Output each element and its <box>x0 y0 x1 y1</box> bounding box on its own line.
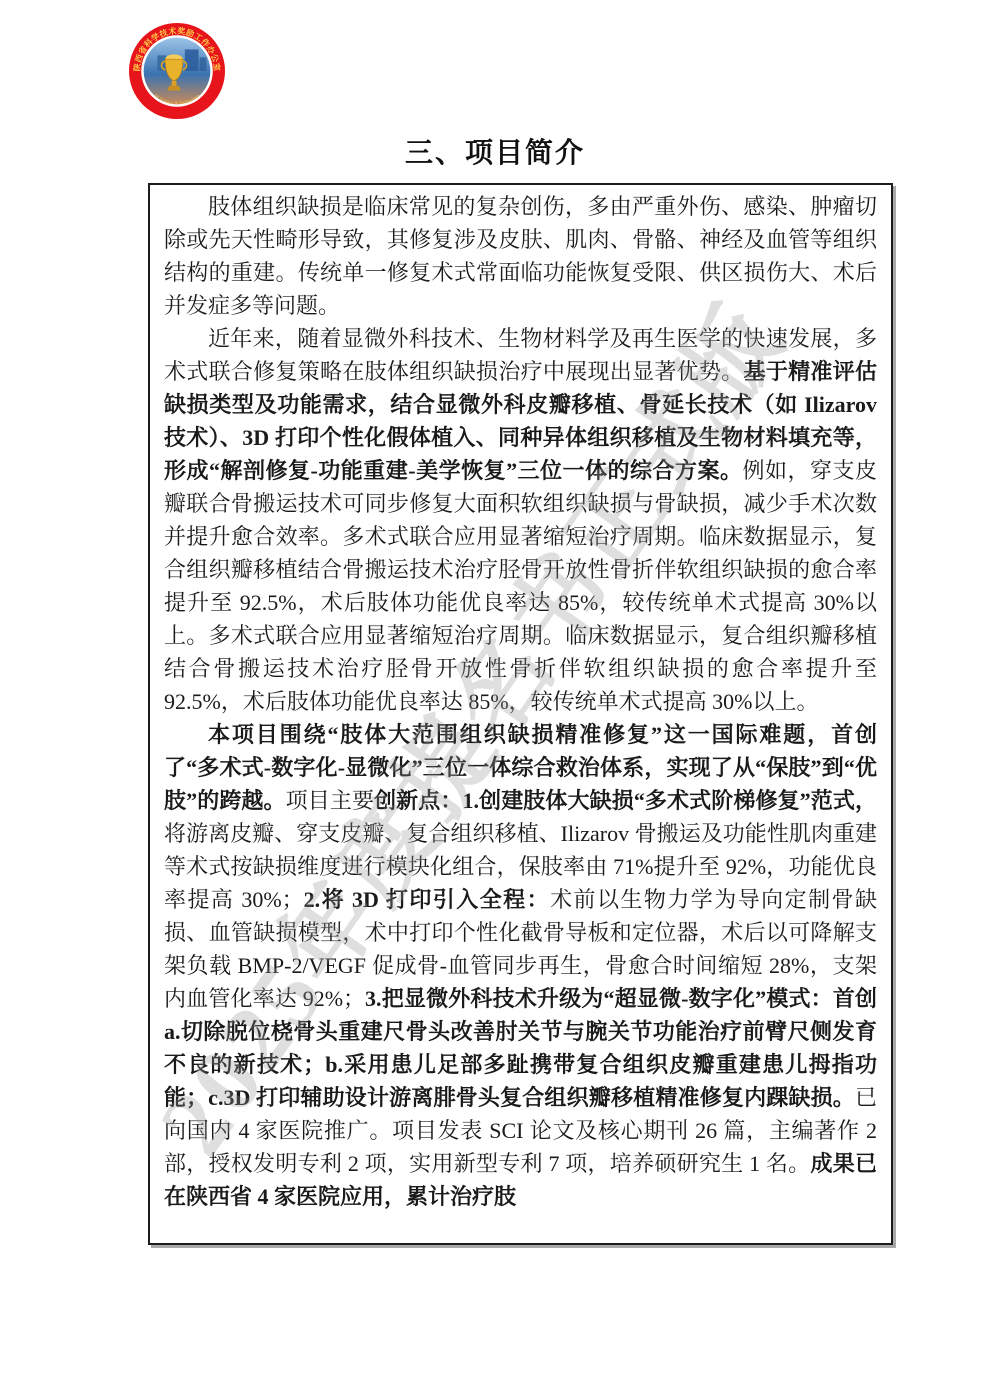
paragraph: 肢体组织缺损是临床常见的复杂创伤，多由严重外伤、感染、肿瘤切除或先天性畸形导致，… <box>164 190 877 322</box>
emphasis-text: 创新点：1.创建肢体大缺损“多术式阶梯修复”范式， <box>374 788 877 813</box>
paragraph: 本项目围绕“肢体大范围组织缺损精准修复”这一国际难题，首创了“多术式-数字化-显… <box>164 718 877 1213</box>
paragraph: 近年来，随着显微外科技术、生物材料学及再生医学的快速发展，多术式联合修复策略在肢… <box>164 322 877 718</box>
organization-seal: 陕西省科学技术奖励工作办公室 Of Science & Technology <box>128 22 226 120</box>
document-page: { "page": { "title": "三、项目简介" }, "logo":… <box>0 0 990 1399</box>
body-text: 例如，穿支皮瓣联合骨搬运技术可同步修复大面积软组织缺损与骨缺损，减少手术次数并提… <box>164 458 877 714</box>
body-text: 肢体组织缺损是临床常见的复杂创伤，多由严重外伤、感染、肿瘤切除或先天性畸形导致，… <box>164 194 877 318</box>
page-title: 三、项目简介 <box>0 131 990 171</box>
body-text: 项目主要 <box>286 788 374 813</box>
content-box: 肢体组织缺损是临床常见的复杂创伤，多由严重外伤、感染、肿瘤切除或先天性畸形导致，… <box>148 183 893 1245</box>
award-seal-icon: 陕西省科学技术奖励工作办公室 Of Science & Technology <box>128 22 226 120</box>
emphasis-text: 2.将 3D 打印引入全程： <box>304 887 550 912</box>
